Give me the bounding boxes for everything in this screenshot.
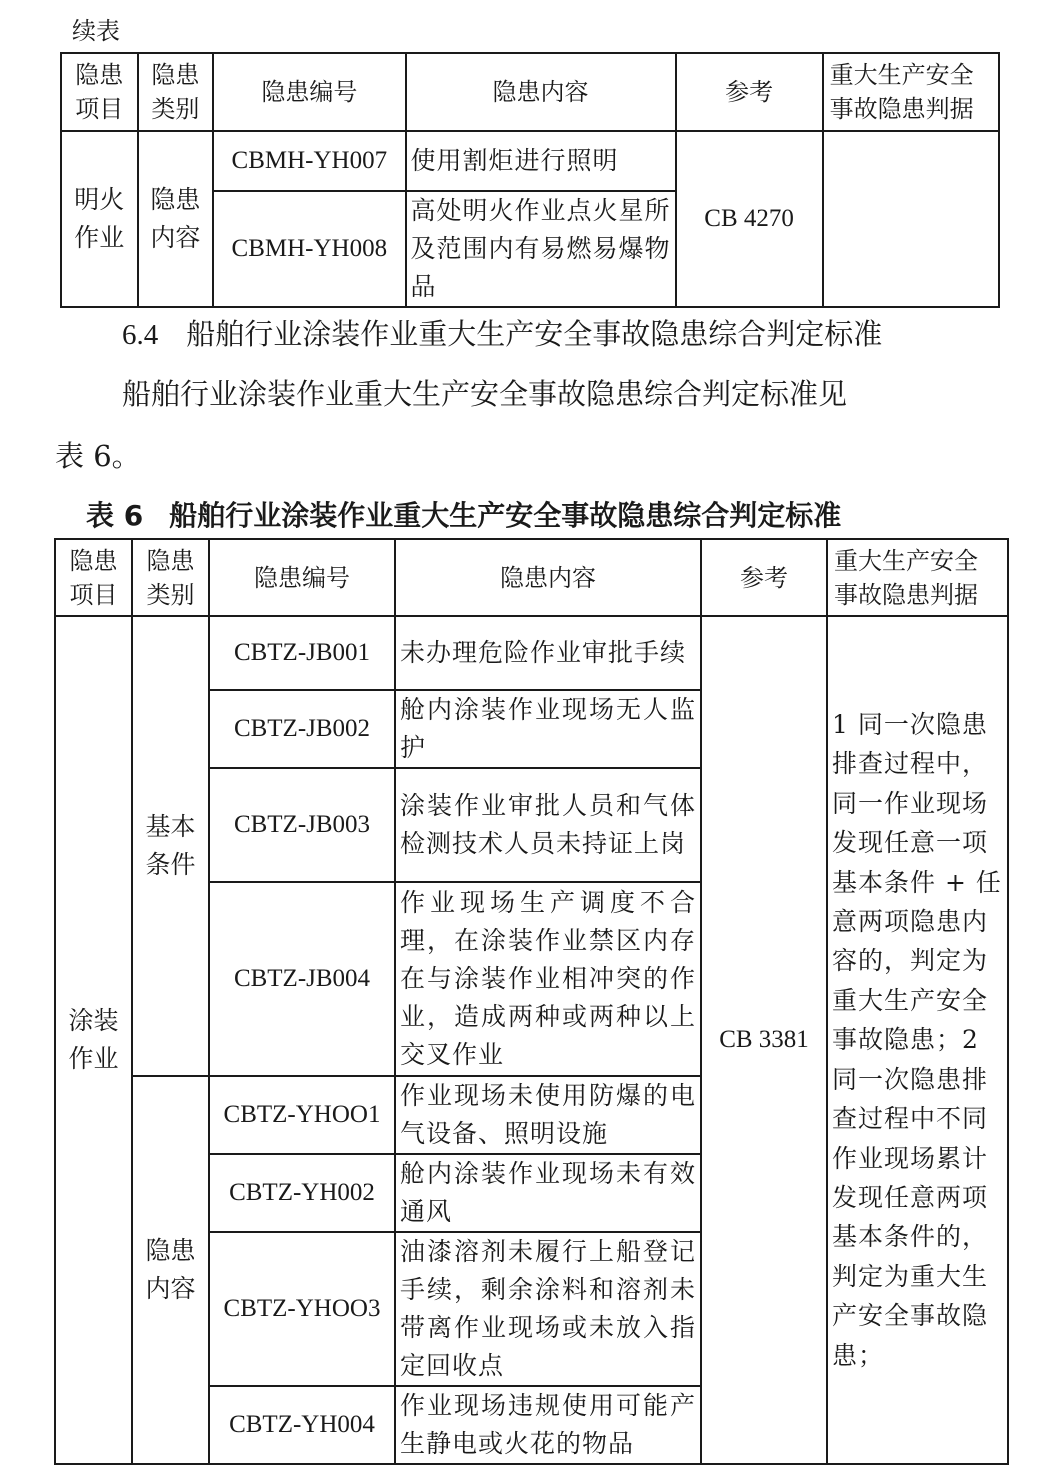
hazard-content: 舱内涂装作业现场无人监护 — [395, 690, 701, 768]
hazard-content: 舱内涂装作业现场未有效通风 — [395, 1154, 701, 1232]
hazard-code: CBTZ-JB003 — [209, 768, 395, 882]
hazard-content: 未办理危险作业审批手续 — [395, 616, 701, 690]
hazard-content: 使用割炬进行照明 — [406, 131, 676, 191]
hazard-content: 作业现场生产调度不合理，在涂装作业禁区内存在与涂装作业相冲突的作业，造成两种或两… — [395, 882, 701, 1076]
header-category: 隐患类别 — [138, 53, 214, 131]
section-number: 6.4 — [122, 319, 158, 351]
hazard-content: 油漆溶剂未履行上船登记手续，剩余涂料和溶剂未带离作业现场或未放入指定回收点 — [395, 1232, 701, 1386]
header-item: 隐患项目 — [61, 53, 138, 131]
reference: CB 4270 — [676, 131, 823, 307]
hazard-code: CBTZ-YHOO3 — [209, 1232, 395, 1386]
header-content: 隐患内容 — [406, 53, 676, 131]
reference: CB 3381 — [701, 616, 827, 1464]
table6: 隐患项目 隐患类别 隐患编号 隐患内容 参考 重大生产安全事故隐患判据 涂装作业… — [54, 538, 1009, 1465]
hazard-code: CBMH-YH008 — [213, 191, 405, 307]
hazard-content: 高处明火作业点火星所及范围内有易燃易爆物品 — [406, 191, 676, 307]
table6-title: 表 6船舶行业涂装作业重大生产安全事故隐患综合判定标准 — [86, 494, 841, 534]
criteria: 1 同一次隐患排查过程中，同一作业现场发现任意一项基本条件 + 任意两项隐患内容… — [827, 616, 1008, 1464]
hazard-content: 涂装作业审批人员和气体检测技术人员未持证上岗 — [395, 768, 701, 882]
table6-number: 表 6 — [86, 499, 143, 532]
header-category: 隐患类别 — [132, 539, 209, 616]
hazard-code: CBTZ-JB002 — [209, 690, 395, 768]
hazard-category-hidden: 隐患内容 — [132, 1076, 209, 1464]
header-criteria: 重大生产安全事故隐患判据 — [827, 539, 1008, 616]
hazard-code: CBTZ-YH004 — [209, 1386, 395, 1464]
hazard-code: CBTZ-YH002 — [209, 1154, 395, 1232]
hazard-category-basic: 基本条件 — [132, 616, 209, 1076]
hazard-category: 隐患内容 — [138, 131, 214, 307]
table6-title-text: 船舶行业涂装作业重大生产安全事故隐患综合判定标准 — [169, 499, 841, 532]
header-criteria: 重大生产安全事故隐患判据 — [823, 53, 999, 131]
hazard-item: 涂装作业 — [55, 616, 132, 1464]
hazard-item: 明火作业 — [61, 131, 138, 307]
section-body-line1: 船舶行业涂装作业重大生产安全事故隐患综合判定标准见 — [122, 374, 847, 414]
header-content: 隐患内容 — [395, 539, 701, 616]
hazard-code: CBTZ-YHOO1 — [209, 1076, 395, 1154]
table-row: 明火作业 隐患内容 CBMH-YH007 使用割炬进行照明 CB 4270 — [61, 131, 999, 191]
section-heading: 6.4船舶行业涂装作业重大生产安全事故隐患综合判定标准 — [122, 314, 882, 355]
hazard-code: CBTZ-JB001 — [209, 616, 395, 690]
continued-table: 隐患项目 隐患类别 隐患编号 隐患内容 参考 重大生产安全事故隐患判据 明火作业… — [60, 52, 1000, 308]
header-item: 隐患项目 — [55, 539, 132, 616]
hazard-content: 作业现场未使用防爆的电气设备、照明设施 — [395, 1076, 701, 1154]
table-row: 涂装作业 基本条件 CBTZ-JB001 未办理危险作业审批手续 CB 3381… — [55, 616, 1008, 690]
header-reference: 参考 — [676, 53, 823, 131]
section-title: 船舶行业涂装作业重大生产安全事故隐患综合判定标准 — [186, 317, 882, 351]
hazard-code: CBTZ-JB004 — [209, 882, 395, 1076]
header-code: 隐患编号 — [213, 53, 405, 131]
criteria — [823, 131, 999, 307]
section-body-line2: 表 6。 — [55, 436, 141, 476]
header-code: 隐患编号 — [209, 539, 395, 616]
hazard-content: 作业现场违规使用可能产生静电或火花的物品 — [395, 1386, 701, 1464]
header-reference: 参考 — [701, 539, 827, 616]
hazard-code: CBMH-YH007 — [213, 131, 405, 191]
continued-table-caption: 续表 — [72, 14, 120, 48]
